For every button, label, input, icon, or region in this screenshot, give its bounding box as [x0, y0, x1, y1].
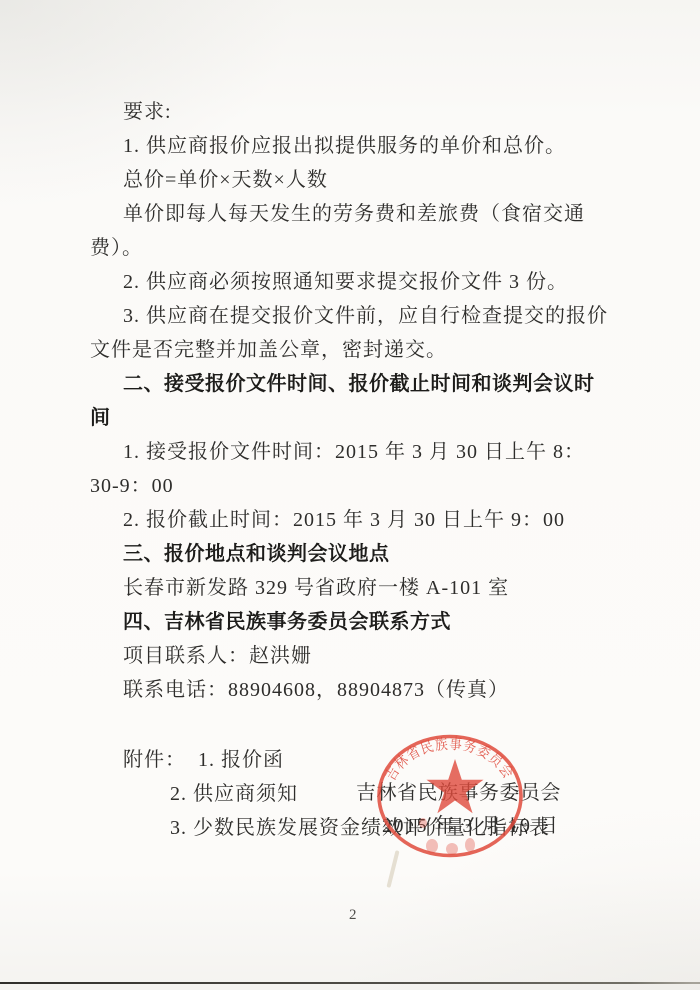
contact-person: 项目联系人：赵洪姗 — [90, 639, 614, 673]
pencil-smudge-mark — [386, 850, 399, 888]
section-4-heading: 四、吉林省民族事务委员会联系方式 — [90, 605, 614, 639]
scanned-page: 要求: 1. 供应商报价应报出拟提供服务的单价和总价。 总价=单价×天数×人数 … — [0, 0, 700, 990]
attachments-label: 附件： — [123, 749, 186, 771]
section-3-address: 长春市新发路 329 号省政府一楼 A-101 室 — [90, 571, 614, 605]
requirement-item-2: 2. 供应商必须按照通知要求提交报价文件 3 份。 — [90, 265, 614, 299]
signature-date: 2015 年 3 月 19 日 — [382, 809, 560, 843]
section-2-item-1: 1. 接受报价文件时间：2015 年 3 月 30 日上午 8：30-9：00 — [90, 435, 614, 503]
signature-organization: 吉林省民族事务委员会 — [356, 776, 561, 810]
section-2-heading: 二、接受报价文件时间、报价截止时间和谈判会议时间 — [90, 367, 614, 435]
scan-bottom-edge — [0, 982, 700, 984]
requirements-label: 要求: — [90, 95, 614, 129]
requirement-item-1: 1. 供应商报价应报出拟提供服务的单价和总价。 — [90, 129, 614, 163]
attachment-row-1: 附件：1. 报价函 — [90, 743, 614, 777]
requirement-item-3: 3. 供应商在提交报价文件前，应自行检查提交的报价文件是否完整并加盖公章，密封递… — [90, 299, 614, 367]
section-2-item-2: 2. 报价截止时间：2015 年 3 月 30 日上午 9：00 — [90, 503, 614, 537]
unit-price-note: 单价即每人每天发生的劳务费和差旅费（食宿交通费）。 — [90, 197, 614, 265]
attachment-item-1: 1. 报价函 — [198, 749, 284, 771]
contact-phone: 联系电话：88904608，88904873（传真） — [90, 673, 614, 707]
section-3-heading: 三、报价地点和谈判会议地点 — [90, 537, 614, 571]
document-body: 要求: 1. 供应商报价应报出拟提供服务的单价和总价。 总价=单价×天数×人数 … — [90, 95, 614, 845]
price-formula: 总价=单价×天数×人数 — [90, 163, 614, 197]
page-number: 2 — [349, 907, 357, 924]
